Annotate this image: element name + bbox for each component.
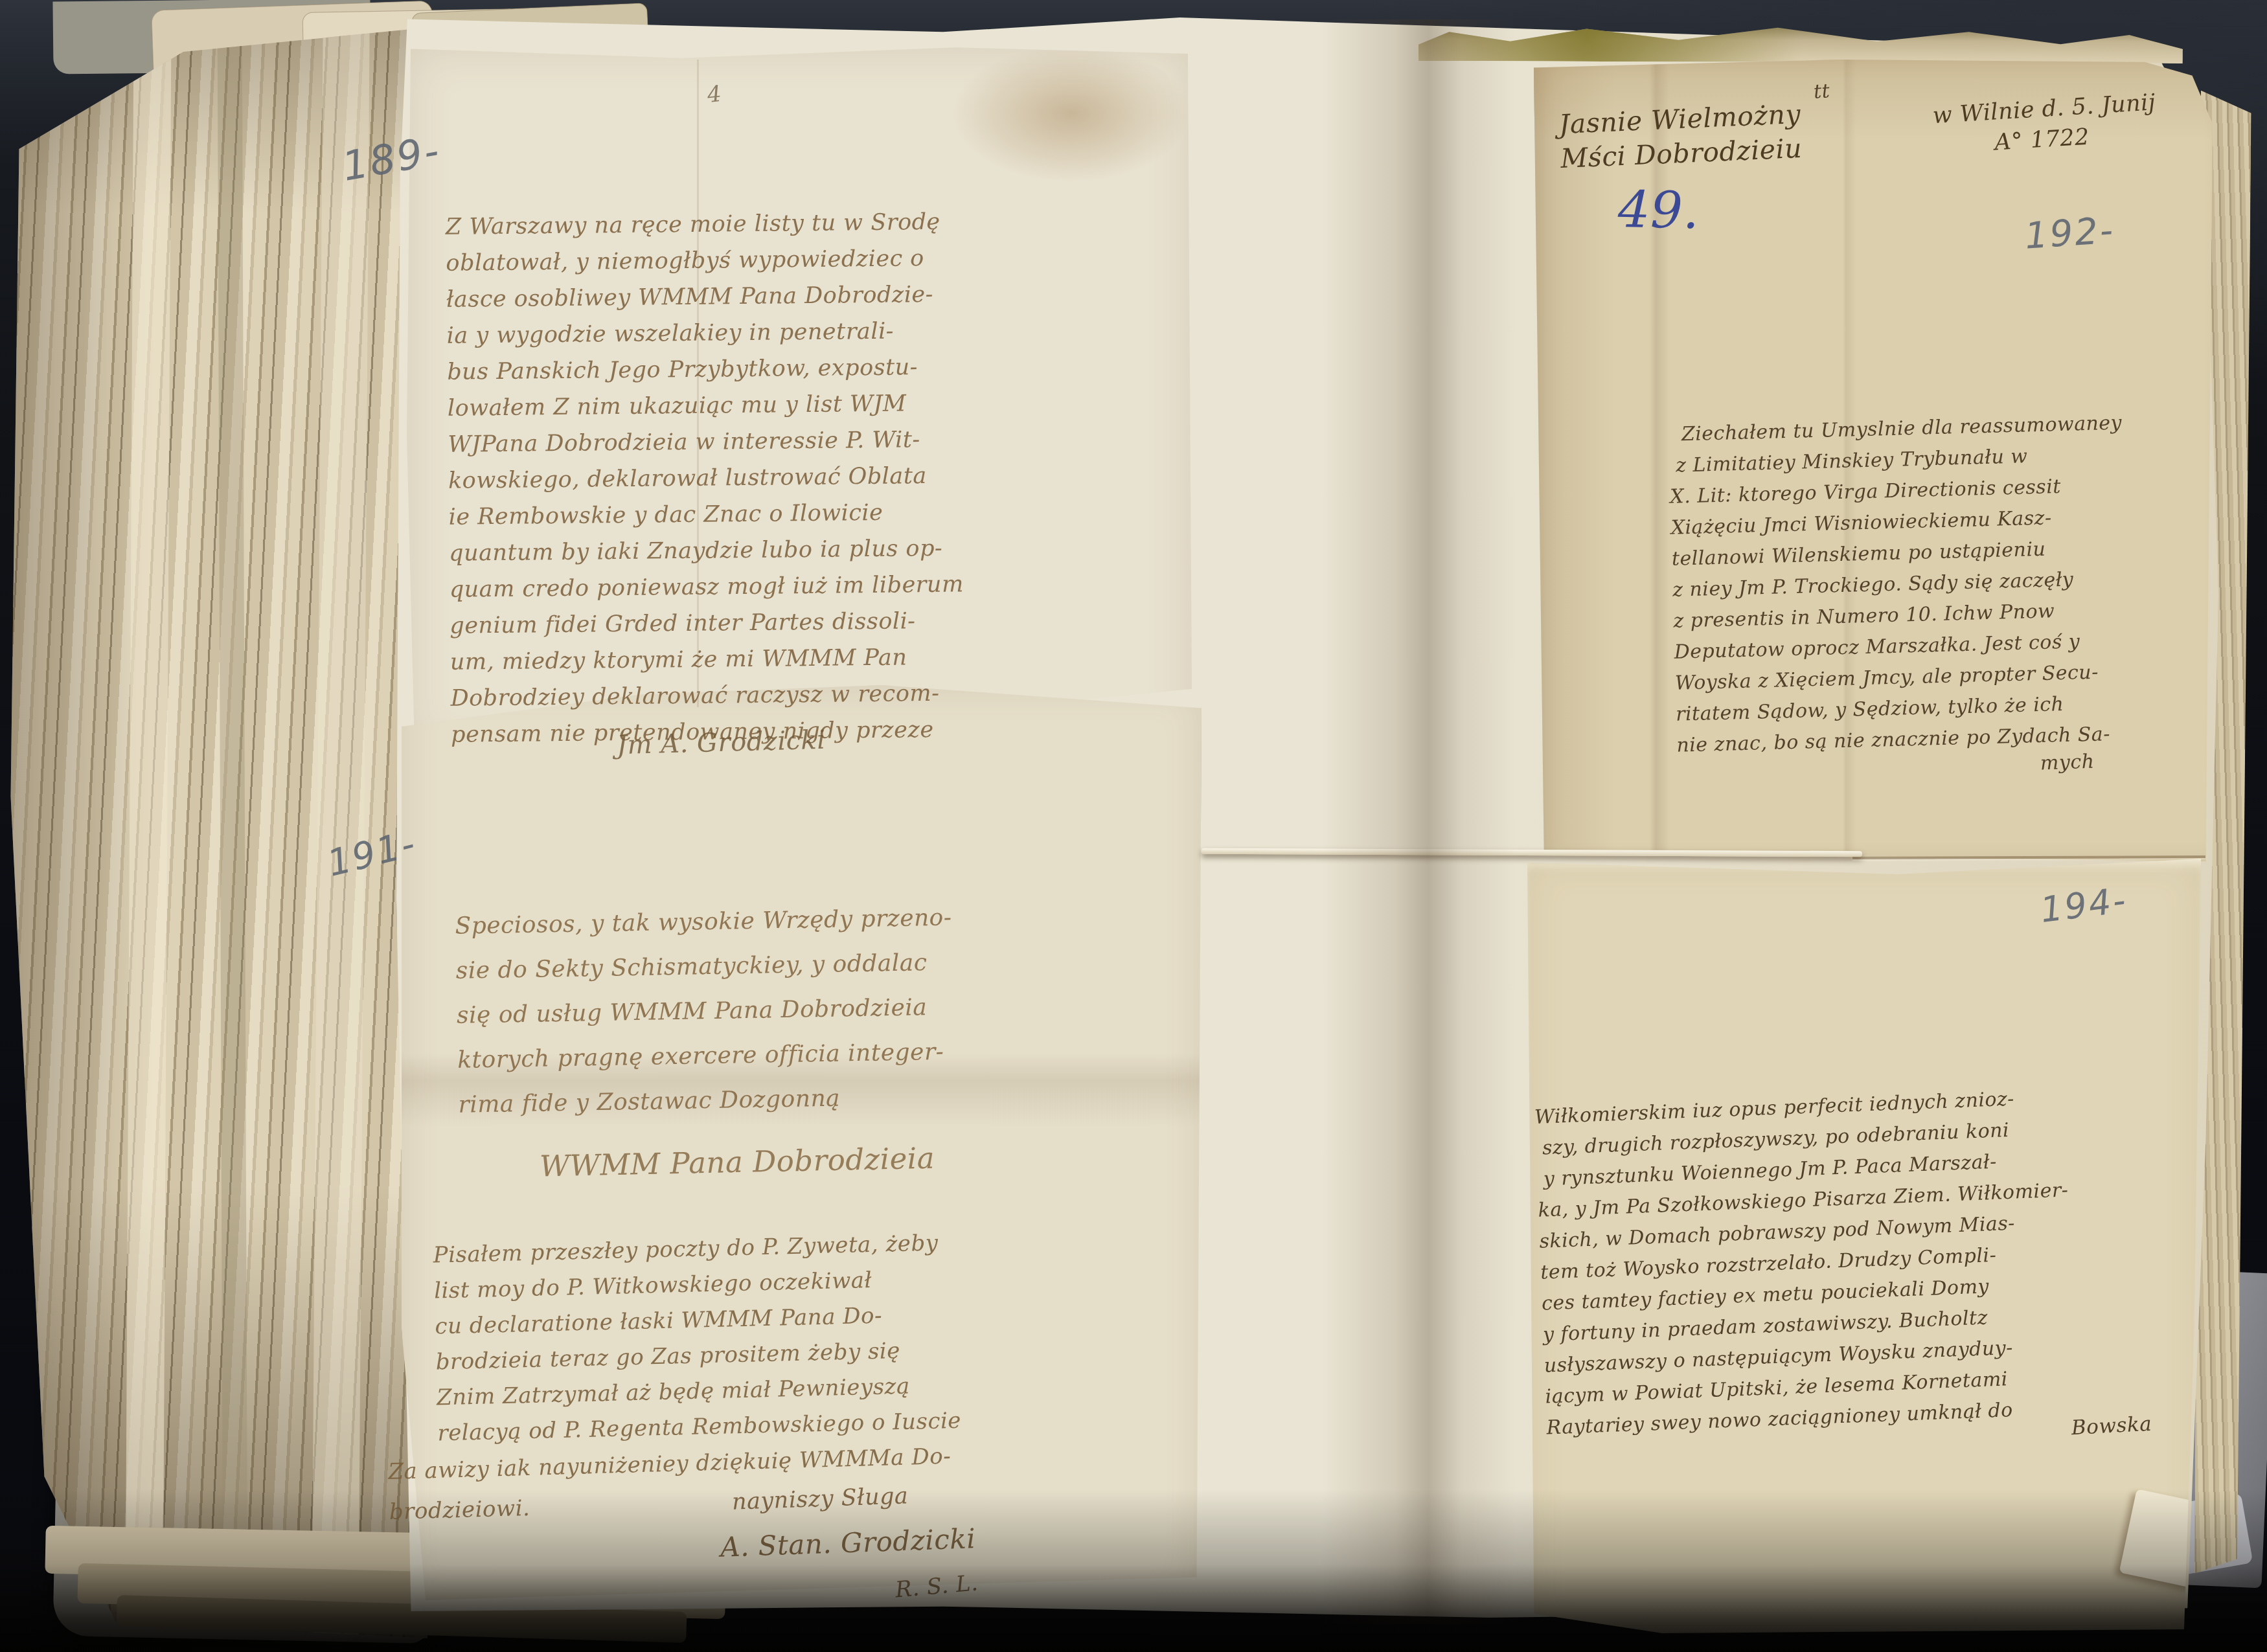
letter-194-catchword: Bowska	[2071, 1412, 2152, 1440]
letter-189-text: Z Warszawy na ręce moie listy tu w Srodę…	[446, 203, 1047, 753]
handwriting-line: um, miedzy ktorymi że mi WMMM Pan	[450, 638, 1047, 681]
handwriting-line: oblatował, y niemogłbyś wypowiedziec o	[446, 239, 1042, 282]
handwriting-line: bus Panskich Jego Przybytkow, expostu-	[447, 348, 1043, 390]
letter-191-paragraph-1: Speciosos, y tak wysokie Wrzędy przeno-s…	[455, 894, 1042, 1127]
pencil-folio-192: 192-	[2023, 209, 2116, 258]
handwriting-line: ia y wygodzie wszelakiey in penetrali-	[446, 311, 1043, 354]
handwriting-line: kowskiego, deklarował lustrować Oblata	[448, 457, 1045, 499]
letter-192-text: Ziechałem tu Umyslnie dla reassumowaney …	[1668, 404, 2260, 761]
ink-mark-4: 4	[706, 81, 723, 108]
letter-192-catchword: mych	[2040, 751, 2095, 775]
page-edge-strip	[218, 19, 248, 1638]
handwriting-line: quantum by iaki Znaydzie lubo ia plus op…	[449, 529, 1045, 572]
paper-stain	[942, 39, 1201, 188]
handwriting-line: Dobrodziey deklarować raczysz w recom-	[450, 674, 1047, 717]
ink-folio-mark: tt	[1813, 80, 1831, 104]
handwriting-line: quam credo poniewasz mogł iuż im liberum	[449, 565, 1045, 608]
handwriting-line: genium fidei Grded inter Partes dissoli-	[450, 602, 1046, 644]
letter-192-salutation: Jasnie WielmożnyMści Dobrodzieiu	[1558, 97, 1803, 176]
manuscript-photo: 189- 4 Z Warszawy na ręce moie listy tu …	[0, 0, 2267, 1652]
letter-191-paragraph-2: Pisałem przeszłey poczty do P. Zyweta, ż…	[433, 1223, 1047, 1452]
handwriting-line: łasce osobliwey WMMM Pana Dobrodzie-	[446, 275, 1043, 318]
page-edge-strip	[125, 19, 171, 1638]
left-page-edge-stack	[6, 19, 427, 1638]
handwriting-line: WJPana Dobrodzieia w interessie P. Wit-	[448, 420, 1044, 463]
handwriting-line: Z Warszawy na ręce moie listy tu w Srodę	[446, 203, 1042, 245]
letter-191-heading: Jm A. Grodzicki	[616, 725, 826, 760]
handwriting-line: lowałem Z nim ukazuiąc mu y list WJM	[448, 384, 1044, 427]
archive-number-49: 49.	[1617, 181, 1700, 240]
handwriting-line: ie Rembowskie y dac Znac o Ilowicie	[448, 493, 1045, 536]
page-edge-strip	[312, 19, 369, 1638]
letter-194-text: Wiłkomierskim iuz opus perfecit iednych …	[1534, 1076, 2214, 1443]
